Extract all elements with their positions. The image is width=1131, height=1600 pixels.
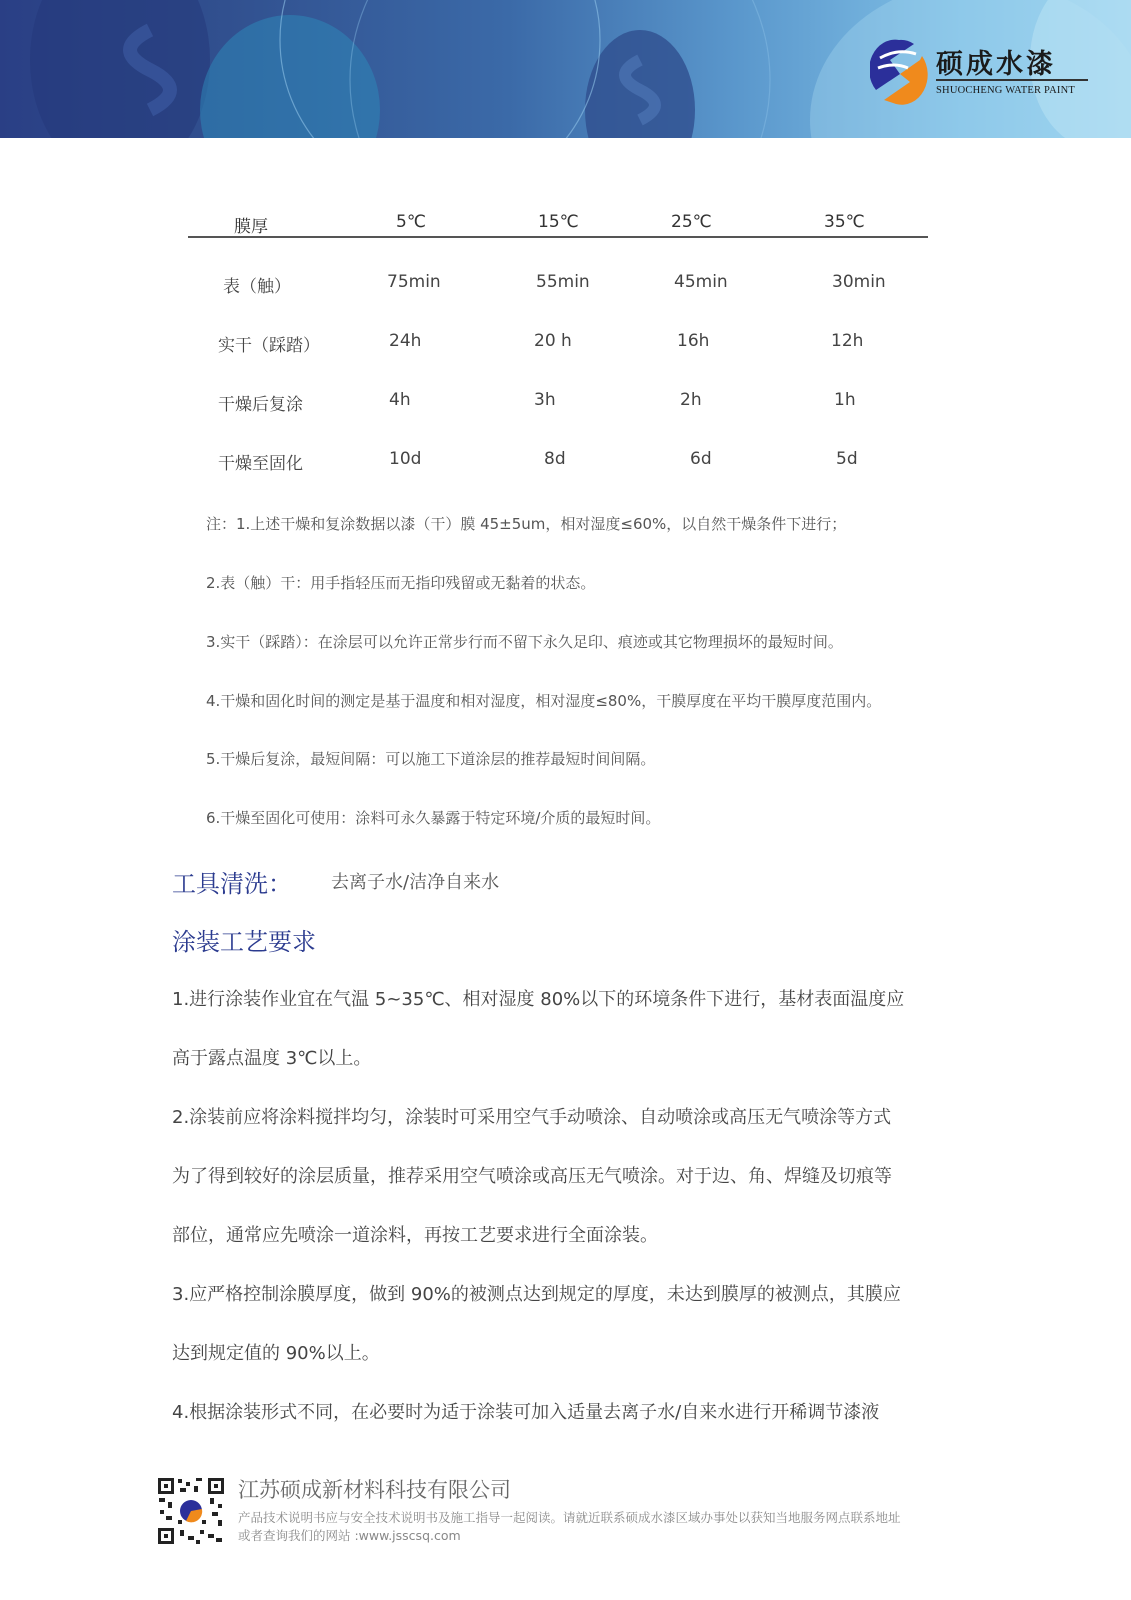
note-item: 2.表（触）干：用手指轻压而无指印残留或无黏着的状态。: [206, 572, 595, 593]
note-item: 3.实干（踩踏）：在涂层可以允许正常步行而不留下永久足印、痕迹或其它物理损坏的最…: [206, 631, 843, 652]
paragraph-line: 高于露点温度 3℃以上。: [172, 1044, 371, 1070]
brand-divider: [936, 79, 1088, 81]
table-header-5c: 5℃: [396, 212, 426, 232]
cell-value: 75min: [387, 272, 441, 292]
paragraph-line: 1.进行涂装作业宜在气温 5~35℃、相对湿度 80%以下的环境条件下进行，基材…: [172, 985, 904, 1011]
qr-code-icon: [156, 1476, 226, 1546]
row-label: 表（触）: [223, 272, 291, 297]
table-header-25c: 25℃: [671, 212, 712, 232]
table-header-35c: 35℃: [824, 212, 865, 232]
cell-value: 45min: [674, 272, 728, 292]
row-label: 实干（踩踏）: [218, 331, 320, 356]
footer-company-name: 江苏硕成新材料科技有限公司: [238, 1474, 511, 1504]
note-item: 4.干燥和固化时间的测定是基于温度和相对湿度，相对湿度≤80%，干膜厚度在平均干…: [206, 690, 881, 711]
footer-notice: 产品技术说明书应与安全技术说明书及施工指导一起阅读。请就近联系硕成水漆区域办事处…: [238, 1508, 901, 1526]
cell-value: 16h: [677, 331, 709, 351]
cell-value: 1h: [834, 390, 856, 410]
cell-value: 24h: [389, 331, 421, 351]
note-item: 注：1.上述干燥和复涂数据以漆（干）膜 45±5um，相对湿度≤60%，以自然干…: [206, 513, 846, 534]
cell-value: 8d: [544, 449, 566, 469]
brand-name-cn: 硕成水漆: [936, 42, 1056, 81]
table-header-rule: [188, 236, 928, 238]
cell-value: 4h: [389, 390, 411, 410]
paragraph-line: 2.涂装前应将涂料搅拌均匀，涂装时可采用空气手动喷涂、自动喷涂或高压无气喷涂等方…: [172, 1103, 891, 1129]
cell-value: 30min: [832, 272, 886, 292]
cell-value: 5d: [836, 449, 858, 469]
paragraph-line: 为了得到较好的涂层质量，推荐采用空气喷涂或高压无气喷涂。对于边、角、焊缝及切痕等: [172, 1162, 892, 1188]
row-label: 干燥后复涂: [218, 390, 303, 415]
header-banner: 硕成水漆 SHUOCHENG WATER PAINT: [0, 0, 1131, 138]
tool-cleaning-value: 去离子水/洁净自来水: [331, 868, 499, 894]
cell-value: 2h: [680, 390, 702, 410]
cell-value: 55min: [536, 272, 590, 292]
paragraph-line: 3.应严格控制涂膜厚度，做到 90%的被测点达到规定的厚度，未达到膜厚的被测点，…: [172, 1280, 901, 1306]
paragraph-line: 4.根据涂装形式不同，在必要时为适于涂装可加入适量去离子水/自来水进行开稀调节漆…: [172, 1398, 879, 1424]
cell-value: 6d: [690, 449, 712, 469]
row-label: 干燥至固化: [218, 449, 303, 474]
brand-name-en: SHUOCHENG WATER PAINT: [936, 85, 1075, 96]
cell-value: 20 h: [534, 331, 572, 351]
paragraph-line: 部位，通常应先喷涂一道涂料，再按工艺要求进行全面涂装。: [172, 1221, 658, 1247]
cell-value: 10d: [389, 449, 421, 469]
paragraph-line: 达到规定值的 90%以上。: [172, 1339, 380, 1365]
cell-value: 3h: [534, 390, 556, 410]
cell-value: 12h: [831, 331, 863, 351]
footer-website: 或者查询我们的网站 :www.jsscsq.com: [238, 1526, 461, 1544]
tool-cleaning-title: 工具清洗：: [172, 864, 292, 899]
brand-logo: 硕成水漆 SHUOCHENG WATER PAINT: [870, 38, 1090, 108]
brand-logo-icon: [870, 38, 928, 106]
note-item: 5.干燥后复涂，最短间隔：可以施工下道涂层的推荐最短时间间隔。: [206, 748, 655, 769]
coating-requirements-title: 涂装工艺要求: [172, 922, 316, 957]
table-header-film-thickness: 膜厚: [234, 212, 268, 237]
note-item: 6.干燥至固化可使用：涂料可永久暴露于特定环境/介质的最短时间。: [206, 807, 660, 828]
table-header-15c: 15℃: [538, 212, 579, 232]
